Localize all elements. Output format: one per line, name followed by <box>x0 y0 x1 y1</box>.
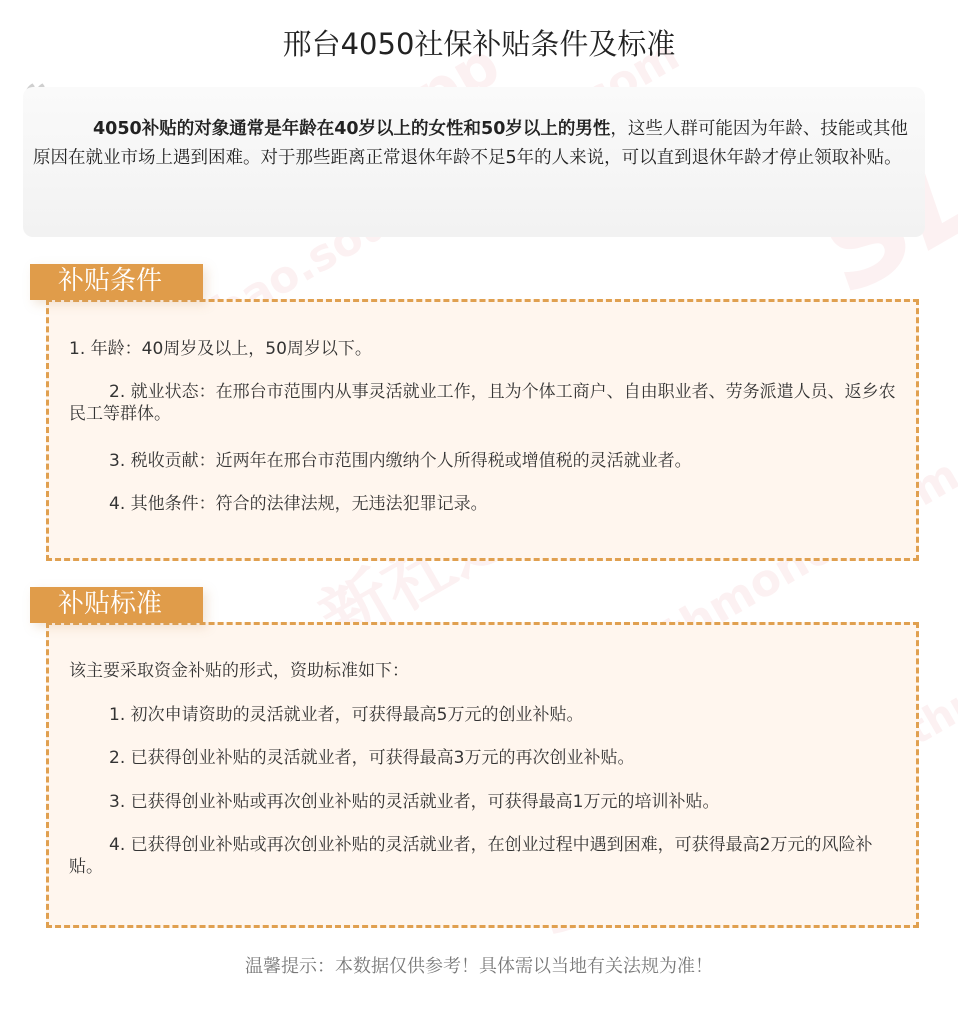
intro-quote-box: 4050补贴的对象通常是年龄在40岁以上的女性和50岁以上的男性，这些人群可能因… <box>23 87 925 237</box>
page-title: 邢台4050社保补贴条件及标准 <box>0 22 958 63</box>
condition-item: 2. 就业状态：在邢台市范围内从事灵活就业工作，且为个体工商户、自由职业者、劳务… <box>69 381 899 425</box>
standards-intro: 该主要采取资金补贴的形式，资助标准如下： <box>69 660 899 682</box>
standards-heading: 补贴标准 <box>30 587 203 623</box>
standard-item: 2. 已获得创业补贴的灵活就业者，可获得最高3万元的再次创业补贴。 <box>69 747 899 769</box>
conditions-heading: 补贴条件 <box>30 264 203 300</box>
intro-paragraph: 4050补贴的对象通常是年龄在40岁以上的女性和50岁以上的男性，这些人群可能因… <box>33 115 918 173</box>
standards-section: 该主要采取资金补贴的形式，资助标准如下： 1. 初次申请资助的灵活就业者，可获得… <box>46 622 919 928</box>
condition-item: 1. 年龄：40周岁及以上，50周岁以下。 <box>69 338 899 360</box>
conditions-section: 1. 年龄：40周岁及以上，50周岁以下。 2. 就业状态：在邢台市范围内从事灵… <box>46 299 919 561</box>
condition-item: 4. 其他条件：符合的法律法规，无违法犯罪记录。 <box>69 493 899 515</box>
footer-notice: 温馨提示：本数据仅供参考！具体需以当地有关法规为准！ <box>0 952 958 978</box>
standard-item: 4. 已获得创业补贴或再次创业补贴的灵活就业者，在创业过程中遇到困难，可获得最高… <box>69 834 899 878</box>
intro-bold-text: 4050补贴的对象通常是年龄在40岁以上的女性和50岁以上的男性 <box>93 119 610 139</box>
standard-item: 3. 已获得创业补贴或再次创业补贴的灵活就业者，可获得最高1万元的培训补贴。 <box>69 791 899 813</box>
condition-item: 3. 税收贡献：近两年在邢台市范围内缴纳个人所得税或增值税的灵活就业者。 <box>69 450 899 472</box>
standard-item: 1. 初次申请资助的灵活就业者，可获得最高5万元的创业补贴。 <box>69 704 899 726</box>
